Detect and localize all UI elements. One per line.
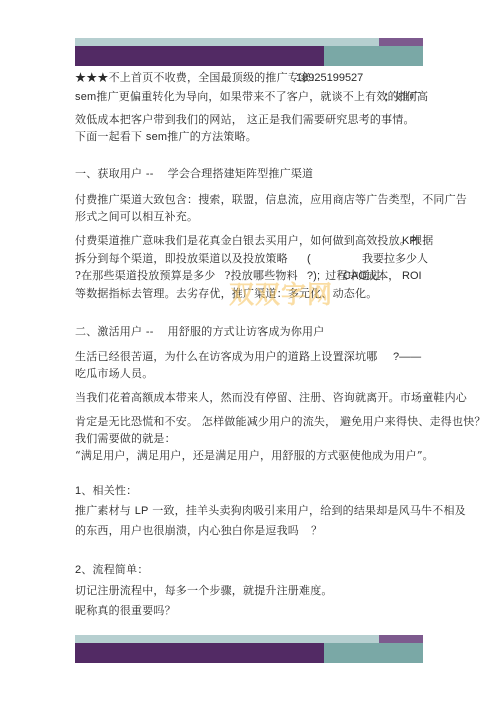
section-2-p1-line-1: 生活已经很苦逼，为什么在访客成为用户的道路上设置深坑哪 <box>75 350 377 364</box>
band-side-bar <box>324 46 423 66</box>
band-accent-block <box>379 635 423 643</box>
intro-line-1-tail: ；如何高 <box>384 90 428 104</box>
footer-decorative-band <box>75 635 423 663</box>
section-1-p2-line-2-tail: 我要拉多少人 <box>362 252 428 266</box>
item-2-heading: 2、流程简单： <box>75 563 149 577</box>
item-1-heading: 1、相关性： <box>75 484 137 498</box>
band-accent-block <box>379 38 423 46</box>
phone-number: 18925199527 <box>296 71 363 85</box>
cac-label: CAC成本， <box>343 269 399 283</box>
section-1-p2-line-2: 拆分到每个渠道，即投放渠道以及投放策略 <box>75 252 288 266</box>
section-1-p2-line-1: 付费渠道推广意味我们是花真金白银去买用户，如何做到高效投放。根据 <box>75 234 433 248</box>
item-2-line-2: 昵称真的很重要吗？ <box>75 604 176 618</box>
section-1-p1-line-2: 形式之间可以相互补充。 <box>75 210 198 224</box>
band-main-bar <box>75 46 324 66</box>
item-1-line-1: 推广素材与 LP 一致，挂羊头卖狗肉吸引来用户，给到的结果却是风马牛不相及 <box>75 504 466 518</box>
band-light-strip <box>75 635 423 643</box>
item-2-line-1: 切记注册流程中，每多一个步骤，就提升注册难度。 <box>75 584 333 598</box>
section-1-heading: 一、获取用户 --学会合理搭建矩阵型推广渠道 <box>75 167 313 181</box>
section-2-p1-line-1-tail: ?—— <box>393 350 421 364</box>
star-rating-icon: ★★★ <box>75 71 109 84</box>
section-2-p2-line-4: “满足用户，满足用户，还是满足用户，用舒服的方式驱使他成为用户”。 <box>75 449 434 463</box>
band-light-strip <box>75 38 423 46</box>
header-tagline: ★★★不上首页不收费，全国最顶级的推广专家： <box>75 71 321 85</box>
section-2-p2-line-2: 肯定是无比恐慌和不安。 怎样做能减少用户的流失， 避免用户来得快、走得也快？ <box>75 415 486 429</box>
open-paren: ( <box>307 252 311 266</box>
kpi-label: KPI <box>402 234 420 248</box>
section-2-p2-line-3: 我们需要做的就是： <box>75 432 176 446</box>
item-1-line-2: 的东西，用户也很崩溃，内心独白你是逗我吗？ <box>75 524 322 538</box>
section-2-p2-line-1: 当我们花着高额成本带来人，然而没有停留、注册、咨询就离开。市场童鞋内心 <box>75 391 467 405</box>
intro-line-3: 下面一起看下 sem推广的方法策略。 <box>75 130 257 144</box>
section-2-p1-line-2: 吃瓜市场人员。 <box>75 367 153 381</box>
roi-label: ROI <box>402 269 422 283</box>
intro-line-2: 效低成本把客户带到我们的网站， 这正是我们需要研究思考的事情。 <box>75 113 415 127</box>
section-1-p1-line-1: 付费推广渠道大致包含：搜索，联盟，信息流，应用商店等广告类型，不同广告 <box>75 193 467 207</box>
section-2-heading: 二、激活用户 --用舒服的方式让访客成为你用户 <box>75 325 324 339</box>
band-main-bar <box>75 643 324 663</box>
intro-line-1: sem推广更偏重转化为导向，如果带来不了客户，就谈不上有效的推广 <box>75 90 421 104</box>
band-side-bar <box>324 643 423 663</box>
watermark-logo: 双双字网 <box>226 280 336 310</box>
header-decorative-band <box>75 38 423 66</box>
